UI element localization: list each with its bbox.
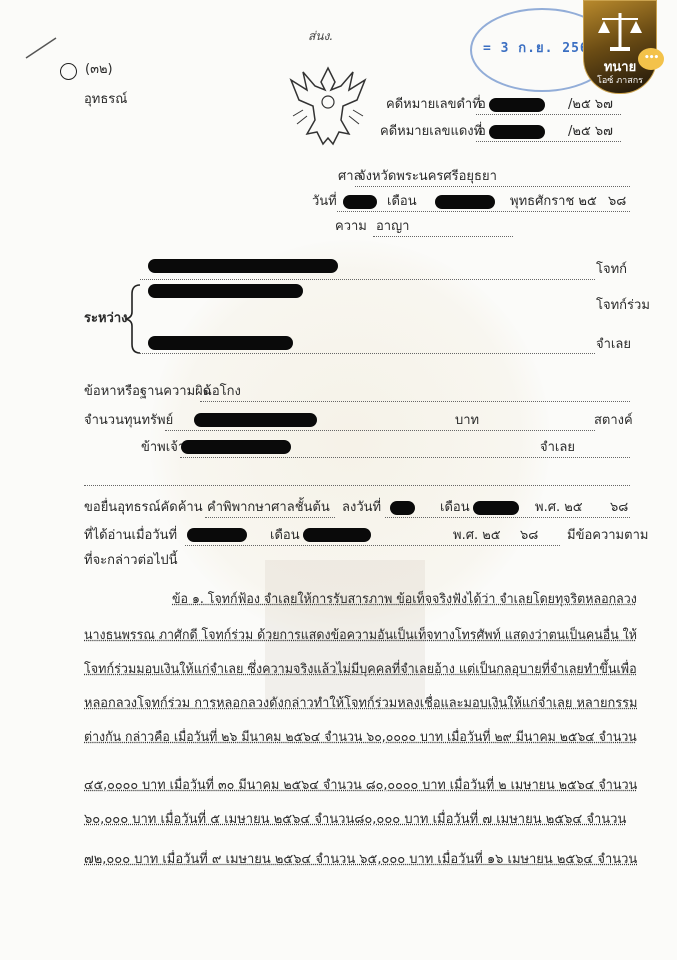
- body-line-6: ๔๕,๐๐๐๐ บาท เมื่อวันที่ ๓๐ มีนาคม ๒๕๖๔ จ…: [84, 778, 637, 794]
- redacted-month: [435, 195, 495, 209]
- read-be-value: ๖๘: [520, 528, 538, 544]
- dotted-line: [373, 236, 513, 237]
- redacted-amount: [194, 413, 317, 427]
- black-case-prefix: อ: [478, 97, 486, 113]
- body-line-5: ต่างกัน กล่าวคือ เมื่อวันที่ ๒๖ มีนาคม ๒…: [84, 730, 637, 746]
- between-label: ระหว่าง: [84, 311, 127, 327]
- redacted-petitioner: [181, 440, 291, 454]
- petitioner-label: ข้าพเจ้า: [141, 440, 185, 456]
- redacted-co-plaintiff: [148, 284, 303, 298]
- charge-value: ฉ้อโกง: [203, 384, 241, 400]
- form-number: (๓๒): [85, 62, 113, 78]
- dotted-line: [165, 430, 595, 431]
- redacted-defendant: [148, 336, 293, 350]
- amount-label: จำนวนทุนทรัพย์: [84, 413, 173, 429]
- garuda-emblem-icon: [283, 60, 373, 155]
- read-on-label: ที่ได้อ่านเมื่อวันที่: [84, 528, 177, 544]
- date-year-value: ๖๘: [608, 194, 626, 210]
- case-type-label: ความ: [335, 219, 367, 235]
- date-year-label: พุทธศักราช ๒๕: [510, 194, 597, 210]
- month-label: เดือน: [440, 500, 470, 516]
- red-case-year: /๒๕ ๖๗: [568, 124, 613, 140]
- black-case-label: คดีหมายเลขดำที่: [386, 97, 481, 113]
- date-month-label: เดือน: [387, 194, 417, 210]
- dotted-line: [180, 457, 630, 458]
- redacted-red-case-number: [489, 125, 545, 139]
- following-label: ที่จะกล่าวต่อไปนี้: [84, 553, 178, 569]
- dotted-line: [140, 353, 595, 354]
- redacted-judgment-day: [390, 501, 415, 515]
- scales-of-justice-icon: [596, 9, 644, 53]
- form-title: อุทธรณ์: [84, 92, 127, 108]
- be-value: ๖๘: [610, 500, 628, 516]
- pen-mark-icon: [24, 34, 60, 62]
- read-be-label: พ.ศ. ๒๕: [453, 528, 501, 544]
- dated-label: ลงวันที่: [342, 500, 381, 516]
- dotted-line: [355, 186, 630, 187]
- redacted-judgment-month: [473, 501, 519, 515]
- court-value: จังหวัดพระนครศรีอยุธยา: [358, 169, 497, 185]
- body-line-8: ๗๒,๐๐๐ บาท เมื่อวันที่ ๙ เมษายน ๒๕๖๔ จำน…: [84, 852, 637, 868]
- co-plaintiff-label: โจทก์ร่วม: [596, 298, 650, 314]
- date-day-label: วันที่: [312, 194, 337, 210]
- body-line-4: หลอกลวงโจทก์ร่วม การหลอกลวงดังกล่าวทำให้…: [84, 696, 637, 712]
- dotted-line: [200, 401, 630, 402]
- defendant-label: จำเลย: [596, 337, 631, 353]
- dotted-line: [385, 517, 630, 518]
- plaintiff-label: โจทก์: [596, 262, 627, 278]
- has-text-label: มีข้อความตาม: [567, 528, 648, 544]
- red-case-label: คดีหมายเลขแดงที่: [380, 124, 482, 140]
- badge-subtitle: โอซ์ ภาสกร: [584, 73, 656, 87]
- body-line-3: โจทก์ร่วมมอบเงินให้แก่จำเลย ซึ่งความจริง…: [84, 662, 637, 678]
- redacted-read-month: [303, 528, 371, 542]
- case-type-value: อาญา: [376, 219, 409, 235]
- dotted-line: [205, 517, 335, 518]
- stamp-date: = 3 ก.ย. 2568: [483, 37, 598, 58]
- charge-label: ข้อหาหรือฐานความผิด: [84, 384, 211, 400]
- dotted-line: [476, 114, 621, 115]
- dotted-line: [185, 545, 560, 546]
- black-case-year: /๒๕ ๖๗: [568, 97, 613, 113]
- body-line-7: ๖๐,๐๐๐ บาท เมื่อวันที่ ๕ เมษายน ๒๕๖๔ จำน…: [84, 812, 626, 828]
- body-line-2: นางธนพรรณ ภาศักดี โจทก์ร่วม ด้วยการแสดงข…: [84, 628, 637, 644]
- red-case-prefix: อ: [478, 124, 486, 140]
- satang-label: สตางค์: [594, 413, 633, 429]
- read-month-label: เดือน: [270, 528, 300, 544]
- appeal-label: ขอยื่นอุทธรณ์คัดค้าน: [84, 500, 203, 516]
- be-label: พ.ศ. ๒๕: [535, 500, 583, 516]
- body-line-1: ข้อ ๑. โจทก์ฟ้อง จำเลยให้การรับสารภาพ ข้…: [172, 592, 637, 608]
- chat-dots-icon: •••: [644, 53, 658, 63]
- redacted-plaintiff: [148, 259, 338, 273]
- baht-label: บาท: [455, 413, 479, 429]
- dotted-line: [476, 141, 621, 142]
- lawyer-badge-logo: ทนาย โอซ์ ภาสกร: [583, 0, 657, 94]
- redacted-black-case-number: [489, 98, 545, 112]
- court-document-page: ส่นง. (๓๒) อุทธรณ์ = 3 ก.ย. 2568 ทนาย โอ…: [0, 0, 677, 960]
- redacted-read-day: [187, 528, 247, 542]
- petitioner-role: จำเลย: [540, 440, 575, 456]
- dotted-line: [337, 211, 630, 212]
- circle-mark-icon: [60, 63, 77, 80]
- dotted-line: [140, 279, 595, 280]
- handwritten-note: ส่นง.: [308, 28, 333, 44]
- dotted-line: [84, 485, 630, 486]
- appeal-value: คำพิพากษาศาลชั้นต้น: [207, 500, 330, 516]
- redacted-day: [343, 195, 377, 209]
